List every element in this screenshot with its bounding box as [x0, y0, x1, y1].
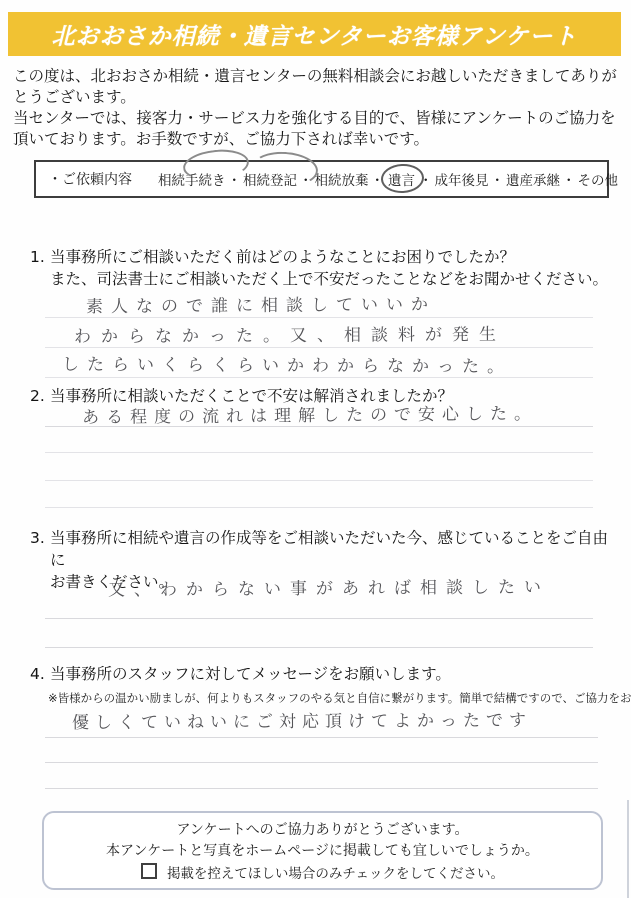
answer-ruled-line	[45, 737, 598, 738]
q1-handwritten-answer-line3: したらいくらくらいかわからなかった。	[62, 350, 512, 377]
request-type-label: ・ご依頼内容	[36, 169, 158, 189]
q2-handwritten-answer-line1: ある程度の流れは理解したので安心した。	[82, 399, 538, 428]
q1-handwritten-answer-line2: わからなかった。又、相談料が発生	[74, 320, 506, 347]
question-4: 4. 当事務所のスタッフに対してメッセージをお願いします。	[30, 663, 615, 685]
question-1-text: 当事務所にご相談いただく前はどのようなことにお困りでしたか？	[50, 246, 615, 268]
survey-title-banner: 北おおさか相続・遺言センターお客様アンケート	[8, 12, 621, 56]
answer-ruled-line	[45, 317, 593, 318]
option-separator: ・	[371, 173, 385, 189]
intro-paragraph-2: 当センターでは、接客力・サービス力を強化する目的で、皆様にアンケートのご協力を頂…	[13, 108, 620, 150]
request-type-box: ・ご依頼内容 相続手続き・相続登記・相続放棄・遺言・成年後見・遺産承継・その他	[34, 160, 609, 198]
answer-ruled-line	[45, 762, 598, 763]
answer-ruled-line	[45, 507, 593, 508]
question-3-number: 3.	[30, 527, 50, 571]
question-2-number: 2.	[30, 385, 50, 407]
option-separator: ・	[562, 173, 576, 189]
footer-consent-box: アンケートへのご協力ありがとうございます。 本アンケートと写真をホームページに掲…	[42, 811, 603, 890]
option-separator: ・	[491, 173, 505, 189]
q3-handwritten-answer-line1: 又、わからない事があれば相談したい	[108, 572, 550, 600]
option-separator: ・	[299, 173, 313, 189]
request-type-options: 相続手続き・相続登記・相続放棄・遺言・成年後見・遺産承継・その他	[158, 169, 618, 189]
publish-optout-checkbox	[141, 863, 157, 879]
answer-ruled-line	[45, 480, 593, 481]
option-sonota: その他	[578, 173, 619, 189]
option-seinen-kouken: 成年後見	[435, 173, 489, 189]
scan-edge-artifact	[627, 800, 629, 898]
answer-ruled-line	[45, 788, 598, 789]
question-1-number: 1.	[30, 246, 50, 268]
option-separator: ・	[228, 173, 242, 189]
question-4-note: ※皆様からの温かい励ましが、何よりもスタッフのやる気と自信に繋がります。簡単で結…	[48, 690, 631, 706]
answer-ruled-line	[45, 618, 593, 619]
option-souzoku-houki: 相続放棄	[315, 173, 369, 189]
option-separator: ・	[419, 173, 433, 189]
question-4-number: 4.	[30, 663, 50, 685]
page-title: 北おおさか相続・遺言センターお客様アンケート	[52, 18, 578, 51]
answer-ruled-line	[45, 647, 593, 648]
q4-handwritten-answer-line1: 優しくていねいにご対応頂けてよかったです	[72, 706, 532, 733]
intro-paragraph-1: この度は、北おおさか相続・遺言センターの無料相談会にお越しいただきましてありがと…	[13, 66, 620, 108]
question-4-text: 当事務所のスタッフに対してメッセージをお願いします。	[50, 663, 615, 685]
q1-handwritten-answer-line1: 素人なので誰に相談していいか	[86, 290, 436, 317]
footer-checkbox-row: 掲載を控えてほしい場合のみチェックをしてください。	[44, 863, 601, 885]
footer-thanks-text: アンケートへのご協力ありがとうございます。	[44, 820, 601, 841]
question-1: 1. 当事務所にご相談いただく前はどのようなことにお困りでしたか？ また、司法書…	[30, 246, 615, 290]
answer-ruled-line	[45, 347, 593, 348]
survey-page: 北おおさか相続・遺言センターお客様アンケート この度は、北おおさか相続・遺言セン…	[0, 0, 631, 898]
option-souzoku-tetsuzuki: 相続手続き	[158, 173, 226, 189]
footer-publish-question: 本アンケートと写真をホームページに掲載しても宜しいでしょうか。	[44, 841, 601, 862]
option-isan-shoukei: 遺産承継	[506, 173, 560, 189]
option-souzoku-touki: 相続登記	[243, 173, 297, 189]
question-3-text: 当事務所に相続や遺言の作成等をご相談いただいた今、感じていることをご自由に	[50, 527, 615, 571]
answer-ruled-line	[45, 452, 593, 453]
option-yuigon-circled: 遺言	[386, 169, 417, 189]
publish-optout-label: 掲載を控えてほしい場合のみチェックをしてください。	[167, 866, 504, 882]
question-1-text-line2: また、司法書士にご相談いただく上で不安だったことなどをお聞かせください。	[50, 268, 615, 290]
